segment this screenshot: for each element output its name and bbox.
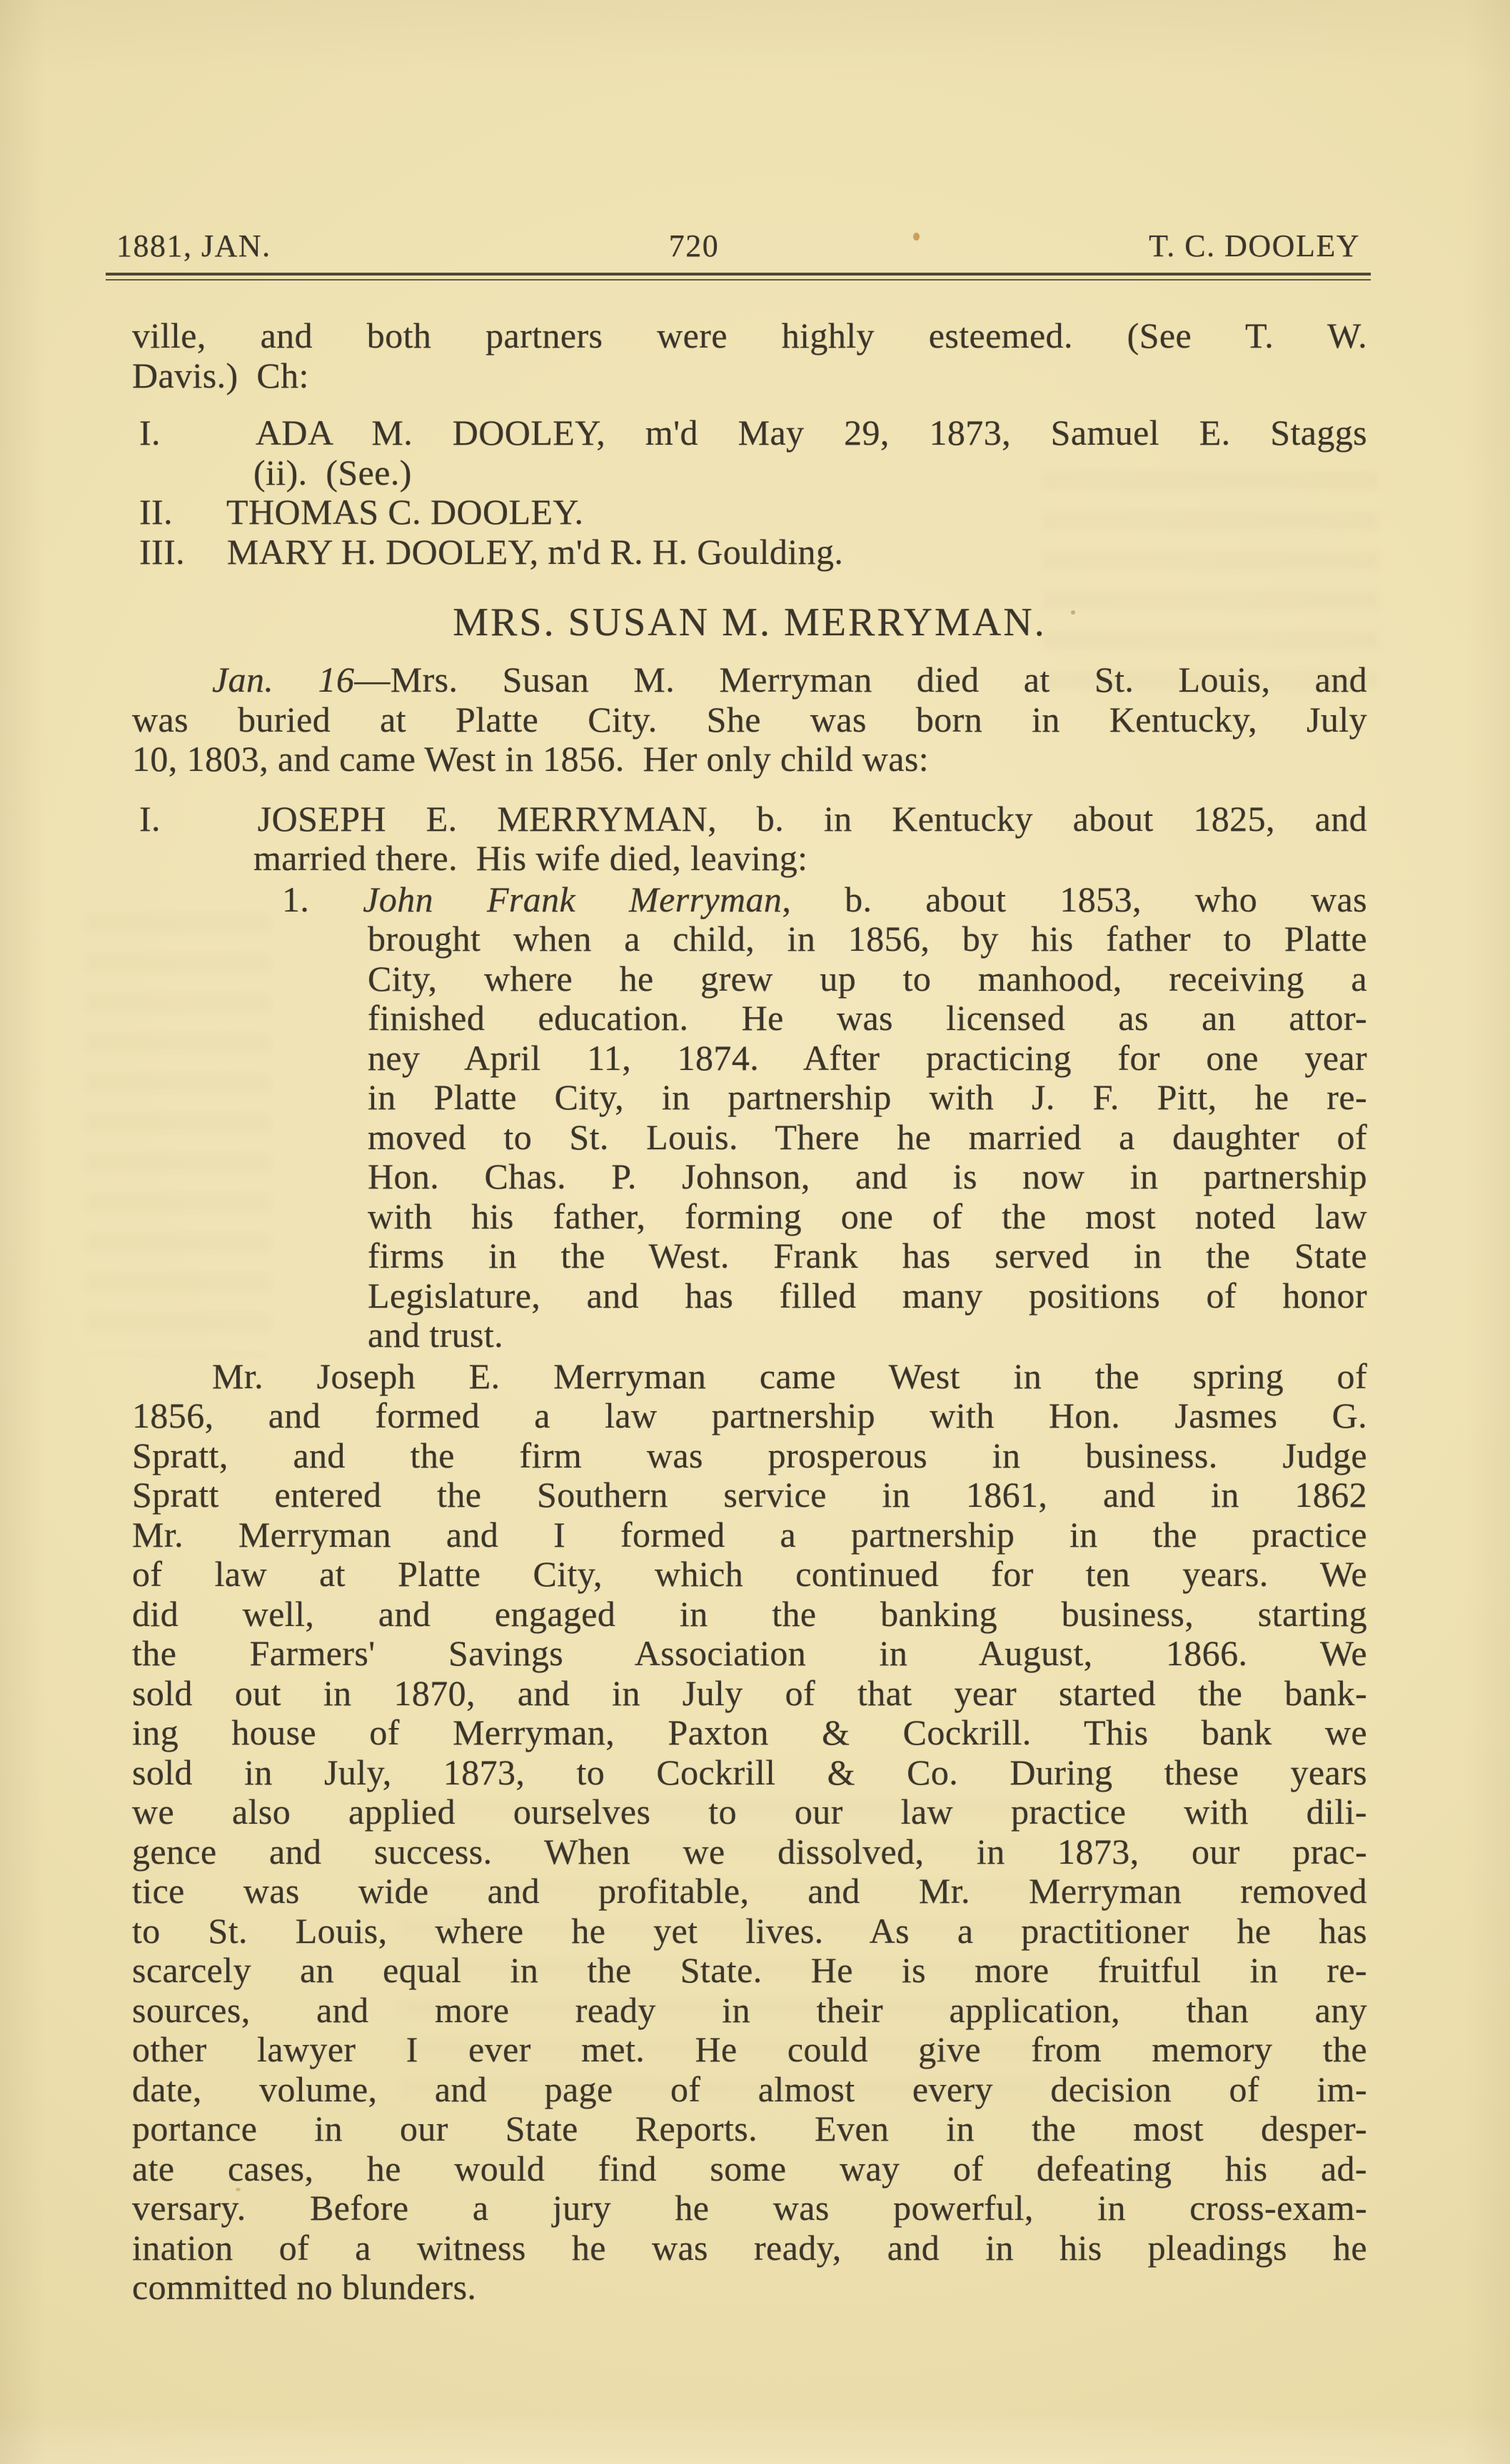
text-line: with his father, forming one of the most… [368, 1197, 1367, 1237]
text-line: and trust. [368, 1316, 1367, 1355]
text-line: brought when a child, in 1856, by his fa… [368, 919, 1367, 959]
section-heading: MRS. SUSAN M. MERRYMAN. [132, 600, 1367, 645]
text-line: Davis.) Ch: [132, 356, 1367, 396]
text-line: ination of a witness he was ready, and i… [132, 2228, 1367, 2268]
paragraph: ville, and both partners were highly est… [132, 316, 1367, 395]
text-line: finished education. He was licensed as a… [368, 999, 1367, 1039]
text-line: Hon. Chas. P. Johnson, and is now in par… [368, 1157, 1367, 1197]
text-line: I. JOSEPH E. MERRYMAN, b. in Kentucky ab… [253, 799, 1367, 839]
header-entry-name: T. C. DOOLEY [1149, 227, 1360, 266]
list-marker: III. [139, 532, 218, 572]
text-line: ate cases, he would find some way of def… [132, 2149, 1367, 2189]
page-number: 720 [72, 227, 1316, 266]
text-line: City, where he grew up to manhood, recei… [368, 959, 1367, 999]
list-item: I. ADA M. DOOLEY, m'd May 29, 1873, Samu… [132, 413, 1367, 493]
text-line: we also applied ourselves to our law pra… [132, 1792, 1367, 1832]
text-line: 10, 1803, and came West in 1856. Her onl… [132, 739, 1367, 779]
text-line: gence and success. When we dissolved, in… [132, 1832, 1367, 1872]
text-line: committed no blunders. [132, 2268, 1367, 2308]
text-line: III. MARY H. DOOLEY, m'd R. H. Goulding. [253, 532, 1367, 572]
text-line: tice was wide and profitable, and Mr. Me… [132, 1872, 1367, 1912]
paragraph: Jan. 16—Mrs. Susan M. Merryman died at S… [132, 660, 1367, 779]
scanned-page: 1881, JAN. 720 T. C. DOOLEY ville, and b… [0, 0, 1510, 2464]
page-body: ville, and both partners were highly est… [132, 316, 1367, 2308]
page-header: 1881, JAN. 720 T. C. DOOLEY [116, 227, 1360, 266]
text-line: (ii). (See.) [253, 453, 1367, 493]
text-line: in Platte City, in partnership with J. F… [368, 1078, 1367, 1118]
text-line: ville, and both partners were highly est… [132, 316, 1367, 356]
paragraph: Mr. Joseph E. Merryman came West in the … [132, 1357, 1367, 2308]
text-line: the Farmers' Savings Association in Augu… [132, 1634, 1367, 1674]
text-line: sold in July, 1873, to Cockrill & Co. Du… [132, 1753, 1367, 1793]
header-double-rule [106, 273, 1371, 281]
text-line: I. ADA M. DOOLEY, m'd May 29, 1873, Samu… [253, 413, 1367, 453]
text-line: Spratt, and the firm was prosperous in b… [132, 1436, 1367, 1476]
text-line: ing house of Merryman, Paxton & Cockrill… [132, 1713, 1367, 1753]
text-line: to St. Louis, where he yet lives. As a p… [132, 1912, 1367, 1951]
text-line: sold out in 1870, and in July of that ye… [132, 1674, 1367, 1714]
text-line: other lawyer I ever met. He could give f… [132, 2030, 1367, 2070]
text-line: versary. Before a jury he was powerful, … [132, 2188, 1367, 2228]
list-item: III. MARY H. DOOLEY, m'd R. H. Goulding. [132, 532, 1367, 572]
list-marker: I. [139, 799, 218, 839]
text-line: sources, and more ready in their applica… [132, 1991, 1367, 2031]
text-line: married there. His wife died, leaving: [253, 839, 1367, 879]
list-marker: II. [139, 493, 218, 532]
text-line: Mr. Merryman and I formed a partnership … [132, 1515, 1367, 1555]
text-line: II. THOMAS C. DOOLEY. [253, 493, 1367, 532]
list-marker: 1. [282, 879, 309, 919]
text-line: Legislature, and has filled many positio… [368, 1276, 1367, 1316]
text-line: scarcely an equal in the State. He is mo… [132, 1951, 1367, 1991]
text-line: date, volume, and page of almost every d… [132, 2070, 1367, 2110]
list-marker: I. [139, 413, 218, 453]
text-line: 1. John Frank Merryman, b. about 1853, w… [368, 880, 1367, 920]
text-line: of law at Platte City, which continued f… [132, 1555, 1367, 1595]
text-line: 1856, and formed a law partnership with … [132, 1396, 1367, 1436]
text-line: was buried at Platte City. She was born … [132, 700, 1367, 740]
text-line: Jan. 16—Mrs. Susan M. Merryman died at S… [132, 660, 1367, 700]
text-line: portance in our State Reports. Even in t… [132, 2109, 1367, 2149]
text-line: firms in the West. Frank has served in t… [368, 1236, 1367, 1276]
text-line: Mr. Joseph E. Merryman came West in the … [132, 1357, 1367, 1397]
text-line: moved to St. Louis. There he married a d… [368, 1118, 1367, 1158]
text-line: ney April 11, 1874. After practicing for… [368, 1039, 1367, 1079]
list-item: 1. John Frank Merryman, b. about 1853, w… [132, 880, 1367, 1355]
list-item: I. JOSEPH E. MERRYMAN, b. in Kentucky ab… [132, 799, 1367, 879]
text-line: Spratt entered the Southern service in 1… [132, 1475, 1367, 1515]
text-line: did well, and engaged in the banking bus… [132, 1595, 1367, 1635]
list-item: II. THOMAS C. DOOLEY. [132, 493, 1367, 532]
